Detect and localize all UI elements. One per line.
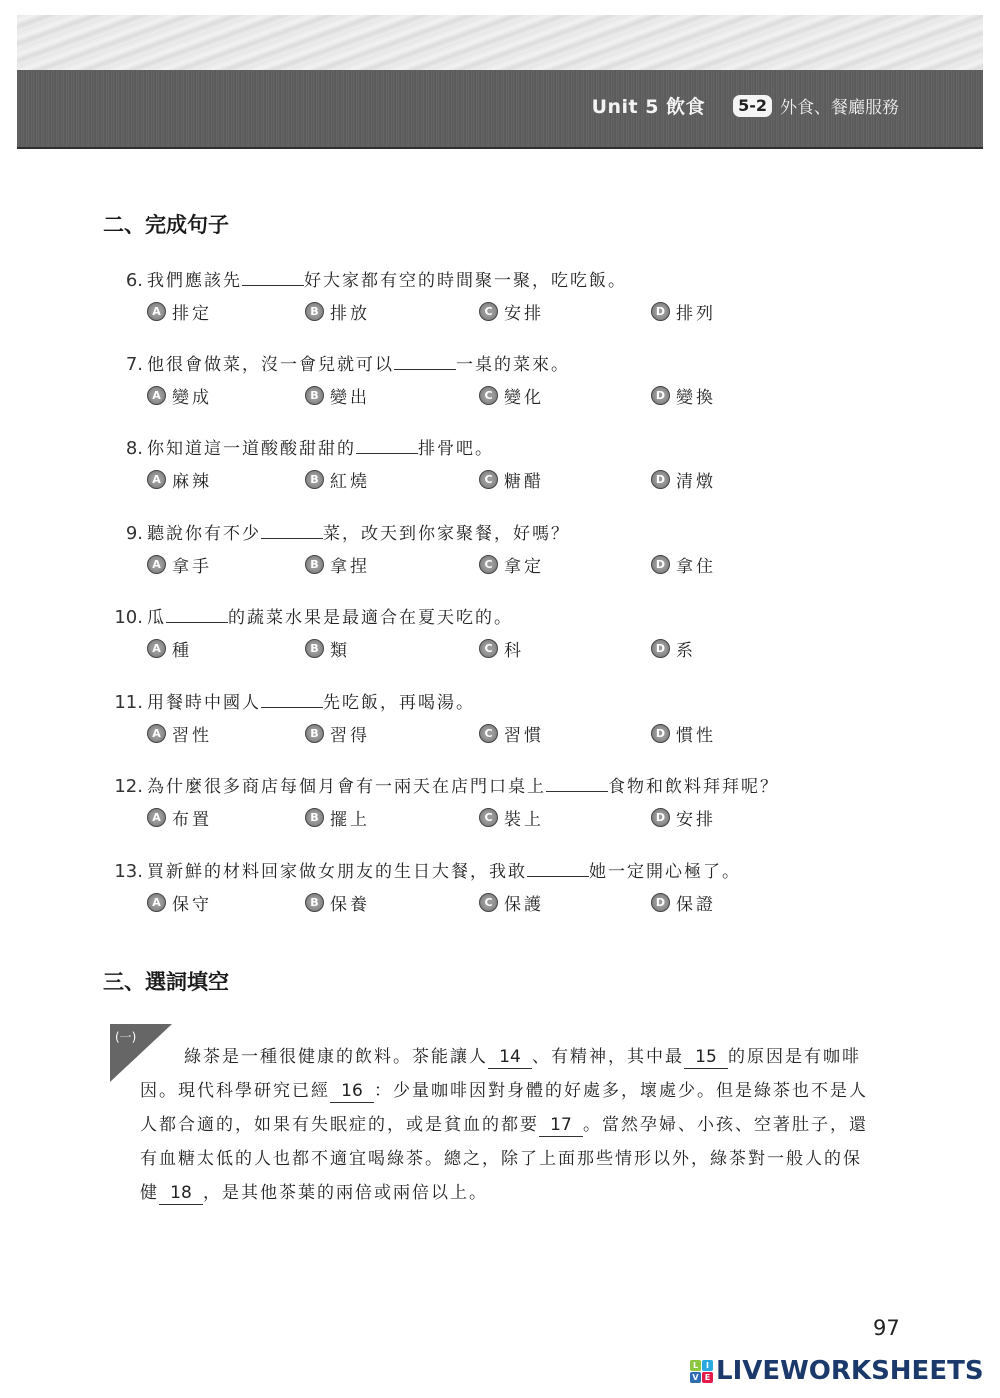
passage-text: ，是其他茶葉的兩倍或兩倍以上。 (203, 1183, 488, 1203)
lesson-badge: 5-2 (733, 95, 772, 117)
options-row: A變成 B變出 C變化 D變換 (147, 380, 863, 410)
question-8: 8. 你知道這一道酸酸甜甜的 排骨吧。 A麻辣 B紅燒 C糖醋 D清燉 (103, 434, 863, 494)
option-a[interactable]: A保守 (147, 890, 305, 915)
option-text: 系 (676, 636, 696, 661)
question-text-before: 買新鮮的材料回家做女朋友的生日大餐，我敢 (147, 857, 527, 882)
option-d[interactable]: D清燉 (651, 467, 791, 492)
answer-blank[interactable] (546, 773, 608, 792)
lesson-title: 外食、餐廳服務 (780, 93, 899, 118)
question-number: 12. (103, 776, 147, 797)
option-c[interactable]: C糖醋 (479, 467, 651, 492)
question-13: 13. 買新鮮的材料回家做女朋友的生日大餐，我敢 她一定開心極了。 A保守 B保… (103, 857, 863, 917)
option-text: 安排 (676, 805, 716, 830)
logo-text: LIVEWORKSHEETS (716, 1356, 984, 1386)
options-row: A麻辣 B紅燒 C糖醋 D清燉 (147, 464, 863, 494)
option-b[interactable]: B變出 (305, 383, 479, 408)
option-text: 拿捏 (330, 552, 370, 577)
option-text: 排列 (676, 299, 716, 324)
option-letter-a-icon: A (147, 386, 166, 405)
option-text: 拿手 (172, 552, 212, 577)
question-text-after: 先吃飯，再喝湯。 (323, 688, 475, 713)
option-text: 擺上 (330, 805, 370, 830)
answer-blank[interactable] (527, 858, 589, 877)
option-letter-c-icon: C (479, 386, 498, 405)
options-row: A拿手 B拿捏 C拿定 D拿住 (147, 549, 863, 579)
question-6: 6. 我們應該先 好大家都有空的時間聚一聚，吃吃飯。 A排定 B排放 C安排 D… (103, 266, 863, 326)
chapter-title: Unit 5 飲食 5-2 外食、餐廳服務 (592, 92, 899, 119)
question-number: 10. (103, 607, 147, 628)
answer-blank[interactable] (261, 520, 323, 539)
answer-blank[interactable] (394, 351, 456, 370)
question-number: 8. (103, 438, 147, 459)
option-letter-b-icon: B (305, 639, 324, 658)
option-letter-a-icon: A (147, 302, 166, 321)
option-letter-b-icon: B (305, 555, 324, 574)
question-text-before: 我們應該先 (147, 266, 242, 291)
option-c[interactable]: C安排 (479, 299, 651, 324)
option-text: 安排 (504, 299, 544, 324)
passage-text: 綠茶是一種很健康的飲料。茶能讓人 (184, 1047, 488, 1067)
option-letter-c-icon: C (479, 893, 498, 912)
option-letter-a-icon: A (147, 724, 166, 743)
logo-cell-v: V (690, 1372, 701, 1383)
option-letter-c-icon: C (479, 555, 498, 574)
option-letter-d-icon: D (651, 555, 670, 574)
option-text: 類 (330, 636, 350, 661)
section-title-complete-sentences: 二、完成句子 (103, 209, 229, 239)
option-text: 變換 (676, 383, 716, 408)
option-text: 排放 (330, 299, 370, 324)
option-text: 變成 (172, 383, 212, 408)
option-letter-b-icon: B (305, 386, 324, 405)
option-d[interactable]: D拿住 (651, 552, 791, 577)
option-letter-a-icon: A (147, 639, 166, 658)
option-d[interactable]: D安排 (651, 805, 791, 830)
option-b[interactable]: B保養 (305, 890, 479, 915)
option-letter-b-icon: B (305, 808, 324, 827)
question-text-before: 瓜 (147, 603, 166, 628)
logo-cell-i: I (702, 1360, 713, 1371)
option-text: 紅燒 (330, 467, 370, 492)
answer-blank[interactable] (356, 435, 418, 454)
chapter-header-band: Unit 5 飲食 5-2 外食、餐廳服務 (17, 15, 983, 147)
option-letter-c-icon: C (479, 639, 498, 658)
option-text: 種 (172, 636, 192, 661)
option-text: 習慣 (504, 721, 544, 746)
option-d[interactable]: D排列 (651, 299, 791, 324)
option-text: 裝上 (504, 805, 544, 830)
option-c[interactable]: C保護 (479, 890, 651, 915)
option-letter-c-icon: C (479, 302, 498, 321)
question-text-before: 他很會做菜，沒一會兒就可以 (147, 350, 394, 375)
reading-passage: 綠茶是一種很健康的飲料。茶能讓人14、有精神，其中最15的原因是有咖啡因。現代科… (140, 1040, 870, 1210)
question-text-before: 聽說你有不少 (147, 519, 261, 544)
options-row: A排定 B排放 C安排 D排列 (147, 296, 863, 326)
blank-15[interactable]: 15 (684, 1046, 728, 1069)
option-d[interactable]: D慣性 (651, 721, 791, 746)
option-text: 排定 (172, 299, 212, 324)
option-text: 布置 (172, 805, 212, 830)
option-d[interactable]: D系 (651, 636, 791, 661)
option-letter-b-icon: B (305, 724, 324, 743)
question-text-before: 你知道這一道酸酸甜甜的 (147, 434, 356, 459)
question-text-after: 好大家都有空的時間聚一聚，吃吃飯。 (304, 266, 627, 291)
question-text-after: 的蔬菜水果是最適合在夏天吃的。 (228, 603, 513, 628)
liveworksheets-logo-icon: L I V E (690, 1360, 713, 1383)
blank-14[interactable]: 14 (488, 1046, 532, 1069)
option-text: 保護 (504, 890, 544, 915)
option-text: 拿住 (676, 552, 716, 577)
option-b[interactable]: B排放 (305, 299, 479, 324)
logo-cell-e: E (702, 1372, 713, 1383)
option-a[interactable]: A排定 (147, 299, 305, 324)
option-letter-d-icon: D (651, 808, 670, 827)
option-letter-c-icon: C (479, 808, 498, 827)
blank-17[interactable]: 17 (539, 1114, 583, 1137)
option-text: 麻辣 (172, 467, 212, 492)
option-text: 科 (504, 636, 524, 661)
option-text: 保守 (172, 890, 212, 915)
question-number: 13. (103, 861, 147, 882)
question-text-after: 她一定開心極了。 (589, 857, 741, 882)
option-a[interactable]: A種 (147, 636, 305, 661)
option-b[interactable]: B擺上 (305, 805, 479, 830)
option-letter-d-icon: D (651, 893, 670, 912)
question-text-after: 食物和飲料拜拜呢？ (608, 772, 779, 797)
blank-18[interactable]: 18 (159, 1182, 203, 1205)
option-text: 保證 (676, 890, 716, 915)
question-12: 12. 為什麼很多商店每個月會有一兩天在店門口桌上 食物和飲料拜拜呢？ A布置 … (103, 772, 863, 832)
question-number: 6. (103, 270, 147, 291)
option-letter-c-icon: C (479, 724, 498, 743)
options-row: A布置 B擺上 C裝上 D安排 (147, 802, 863, 832)
option-text: 慣性 (676, 721, 716, 746)
option-a[interactable]: A布置 (147, 805, 305, 830)
option-text: 變出 (330, 383, 370, 408)
header-dark-strip: Unit 5 飲食 5-2 外食、餐廳服務 (17, 70, 983, 149)
option-text: 保養 (330, 890, 370, 915)
question-10: 10. 瓜 的蔬菜水果是最適合在夏天吃的。 A種 B類 C科 D系 (103, 603, 863, 663)
answer-blank[interactable] (242, 267, 304, 286)
option-c[interactable]: C拿定 (479, 552, 651, 577)
option-d[interactable]: D保證 (651, 890, 791, 915)
option-c[interactable]: C變化 (479, 383, 651, 408)
option-d[interactable]: D變換 (651, 383, 791, 408)
options-row: A習性 B習得 C習慣 D慣性 (147, 718, 863, 748)
option-letter-d-icon: D (651, 386, 670, 405)
answer-blank[interactable] (166, 604, 228, 623)
option-text: 拿定 (504, 552, 544, 577)
option-letter-b-icon: B (305, 893, 324, 912)
question-text-after: 菜，改天到你家聚餐，好嗎？ (323, 519, 570, 544)
question-7: 7. 他很會做菜，沒一會兒就可以 一桌的菜來。 A變成 B變出 C變化 D變換 (103, 350, 863, 410)
page-number: 97 (873, 1316, 900, 1340)
question-9: 9. 聽說你有不少 菜，改天到你家聚餐，好嗎？ A拿手 B拿捏 C拿定 D拿住 (103, 519, 863, 579)
option-a[interactable]: A麻辣 (147, 467, 305, 492)
option-b[interactable]: B拿捏 (305, 552, 479, 577)
passage-marker-label: (一) (115, 1028, 136, 1045)
unit-label: Unit 5 飲食 (592, 92, 706, 119)
passage-text: 、有精神，其中最 (532, 1047, 684, 1067)
option-text: 習得 (330, 721, 370, 746)
option-b[interactable]: B紅燒 (305, 467, 479, 492)
options-row: A保守 B保養 C保護 D保證 (147, 887, 863, 917)
option-text: 糖醋 (504, 467, 544, 492)
question-number: 7. (103, 354, 147, 375)
option-letter-a-icon: A (147, 555, 166, 574)
question-11: 11. 用餐時中國人 先吃飯，再喝湯。 A習性 B習得 C習慣 D慣性 (103, 688, 863, 748)
option-a[interactable]: A變成 (147, 383, 305, 408)
question-text-before: 用餐時中國人 (147, 688, 261, 713)
logo-cell-l: L (690, 1360, 701, 1371)
answer-blank[interactable] (261, 689, 323, 708)
option-letter-d-icon: D (651, 302, 670, 321)
option-letter-a-icon: A (147, 470, 166, 489)
liveworksheets-logo[interactable]: L I V E LIVEWORKSHEETS (690, 1356, 984, 1386)
option-text: 習性 (172, 721, 212, 746)
question-text-after: 一桌的菜來。 (456, 350, 570, 375)
option-b[interactable]: B習得 (305, 721, 479, 746)
option-a[interactable]: A習性 (147, 721, 305, 746)
option-c[interactable]: C習慣 (479, 721, 651, 746)
option-b[interactable]: B類 (305, 636, 479, 661)
question-text-after: 排骨吧。 (418, 434, 494, 459)
option-letter-b-icon: B (305, 302, 324, 321)
section-title-word-choice: 三、選詞填空 (103, 966, 229, 996)
option-letter-d-icon: D (651, 724, 670, 743)
option-a[interactable]: A拿手 (147, 552, 305, 577)
options-row: A種 B類 C科 D系 (147, 633, 863, 663)
option-c[interactable]: C裝上 (479, 805, 651, 830)
header-texture-strip (17, 15, 983, 70)
option-letter-a-icon: A (147, 808, 166, 827)
option-letter-d-icon: D (651, 470, 670, 489)
option-text: 變化 (504, 383, 544, 408)
option-c[interactable]: C科 (479, 636, 651, 661)
option-letter-b-icon: B (305, 470, 324, 489)
option-letter-a-icon: A (147, 893, 166, 912)
option-letter-d-icon: D (651, 639, 670, 658)
question-number: 9. (103, 523, 147, 544)
option-letter-c-icon: C (479, 470, 498, 489)
question-text-before: 為什麼很多商店每個月會有一兩天在店門口桌上 (147, 772, 546, 797)
question-number: 11. (103, 692, 147, 713)
blank-16[interactable]: 16 (330, 1080, 374, 1103)
option-text: 清燉 (676, 467, 716, 492)
